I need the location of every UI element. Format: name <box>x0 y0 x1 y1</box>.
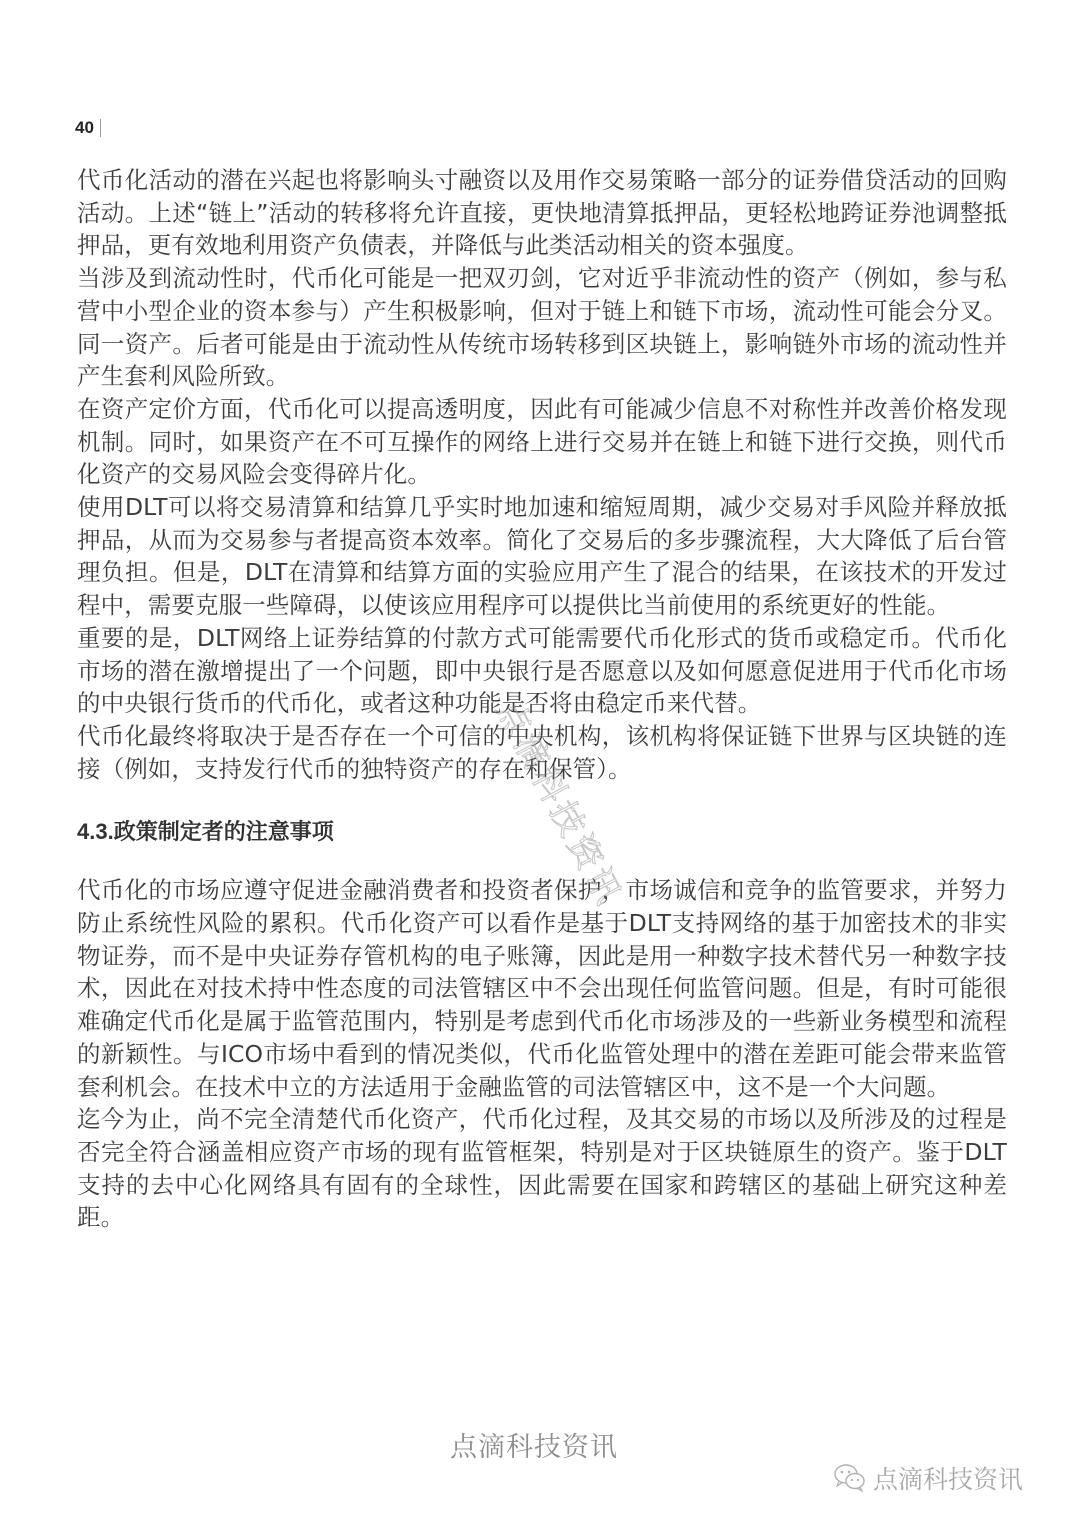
footer-brand-watermark: 点滴科技资讯 <box>450 1425 618 1464</box>
paragraph-dlt-settlement: 使用DLT可以将交易清算和结算几乎实时地加速和缩短周期，减少交易对手风险并释放抵… <box>77 491 1007 622</box>
header-divider <box>100 119 101 137</box>
paragraph-repo-activity: 代币化活动的潜在兴起也将影响头寸融资以及用作交易策略一部分的证券借贷活动的回购活… <box>77 164 1007 262</box>
wechat-account-name: 点滴科技资讯 <box>873 1460 1023 1496</box>
paragraph-pricing: 在资产定价方面，代币化可以提高透明度，因此有可能减少信息不对称性并改善价格发现机… <box>77 393 1007 491</box>
page-header: 40 <box>75 118 101 138</box>
wechat-account-badge: 点滴科技资讯 <box>833 1460 1023 1496</box>
paragraph-central-authority: 代币化最终将取决于是否存在一个可信的中央机构，该机构将保证链下世界与区块链的连接… <box>77 720 1007 785</box>
paragraph-regulatory-gap: 迄今为止，尚不完全清楚代币化资产，代币化过程，及其交易的市场以及所涉及的过程是否… <box>77 1103 1007 1234</box>
paragraph-liquidity: 当涉及到流动性时，代币化可能是一把双刃剑，它对近乎非流动性的资产（例如，参与私营… <box>77 262 1007 393</box>
paragraph-regulation: 代币化的市场应遵守促进金融消费者和投资者保护，市场诚信和竞争的监管要求，并努力防… <box>77 874 1007 1103</box>
paragraph-payment-stablecoin: 重要的是，DLT网络上证券结算的付款方式可能需要代币化形式的货币或稳定币。代币化… <box>77 622 1007 720</box>
document-body: 代币化活动的潜在兴起也将影响头寸融资以及用作交易策略一部分的证券借贷活动的回购活… <box>77 164 1007 1234</box>
page-number: 40 <box>75 118 94 138</box>
section-heading: 4.3.政策制定者的注意事项 <box>77 815 1007 846</box>
wechat-icon <box>833 1463 867 1493</box>
